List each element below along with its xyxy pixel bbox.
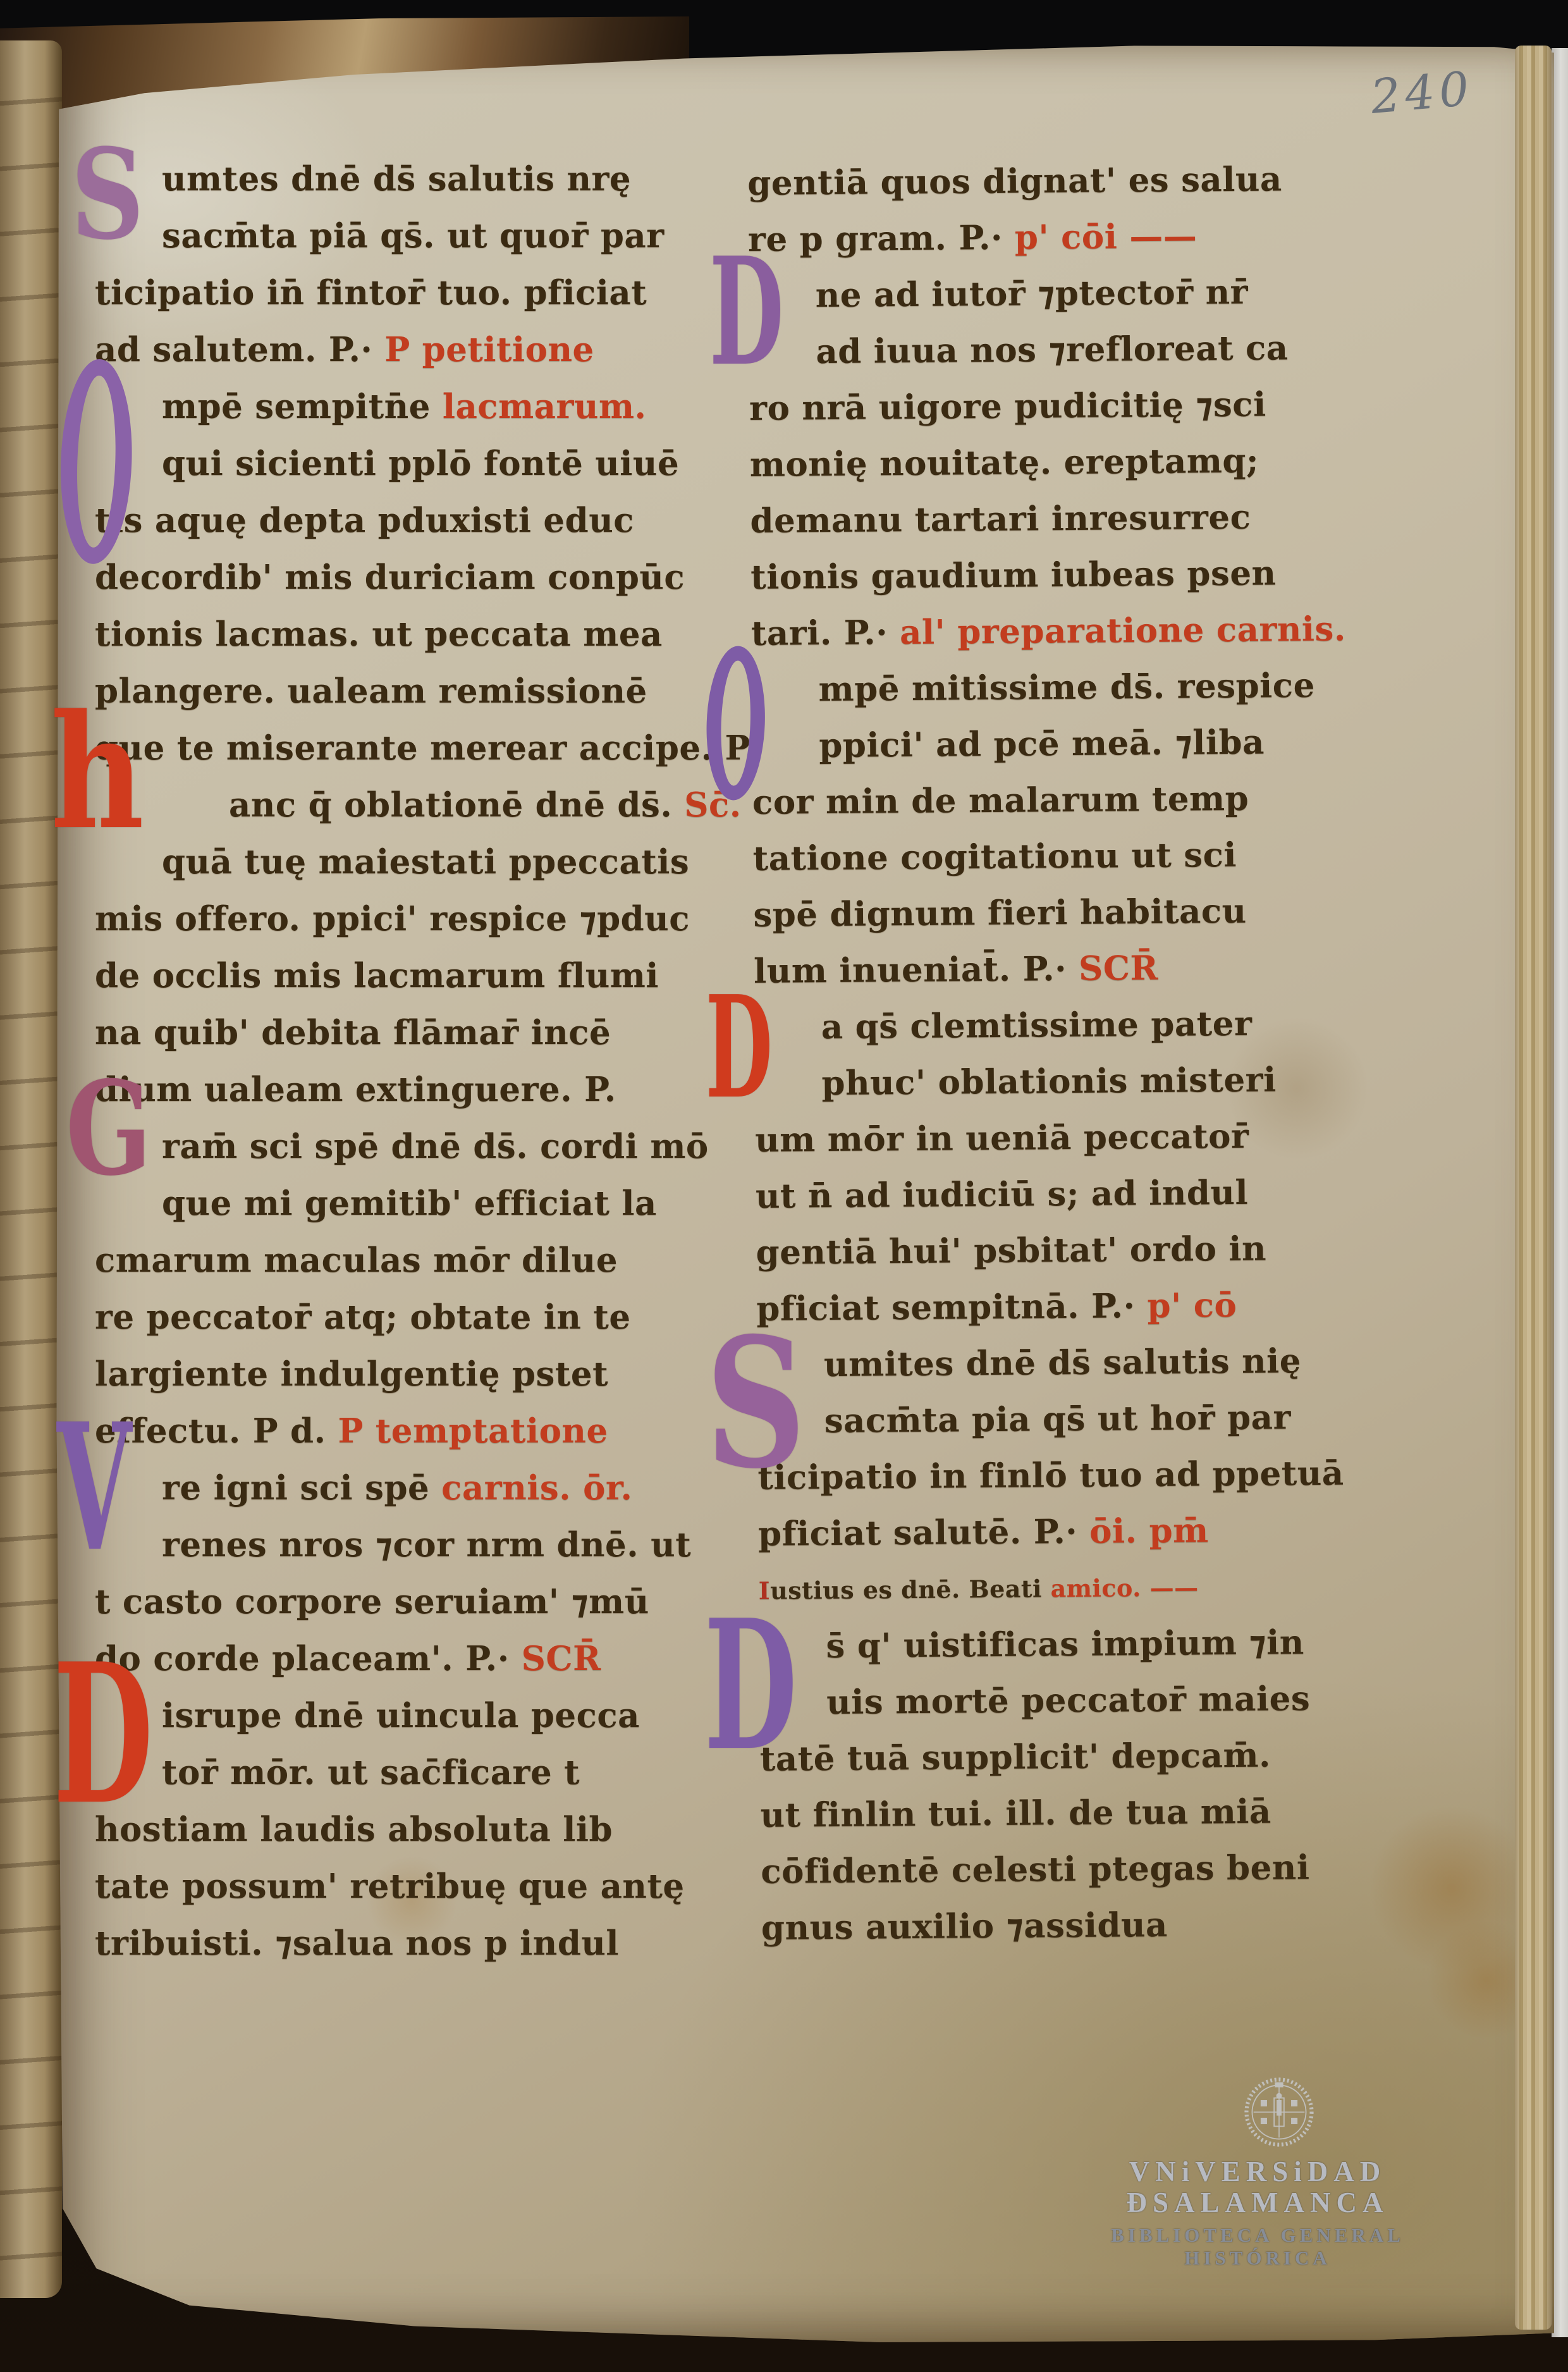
manuscript-line: effectu. P d. P temptatione bbox=[95, 1403, 750, 1459]
ink-text: ut n̄ ad iudiciū s; ad indul bbox=[756, 1173, 1249, 1216]
manuscript-line: gentiā hui' psbitat' ordo in bbox=[756, 1220, 1351, 1281]
ink-text: cōfidentē celesti ptegas beni bbox=[761, 1848, 1310, 1891]
ink-text: ut finlin tui. ill. de tua miā bbox=[760, 1792, 1271, 1835]
ink-text: spē dignum fieri habitacu bbox=[753, 892, 1247, 935]
ink-text: mpē sempitn̄e bbox=[162, 387, 443, 426]
ink-text: re peccator̄ atq; obtate in te bbox=[95, 1298, 631, 1337]
manuscript-line: gentiā quos dignat' es salua bbox=[747, 151, 1343, 212]
ink-text: gentiā hui' psbitat' ordo in bbox=[756, 1229, 1266, 1272]
manuscript-line: isrupe dnē uincula pecca bbox=[162, 1687, 750, 1744]
manuscript-line: mpē mitissime ds̄. respice bbox=[818, 658, 1347, 718]
ink-text: tor̄ mōr. ut sac̄ficare t bbox=[162, 1753, 580, 1792]
manuscript-line: mpē sempitn̄e lacmarum. bbox=[162, 378, 750, 435]
manuscript-line: tionis lacmas. ut peccata mea bbox=[95, 606, 750, 663]
ink-text: a qs̄ clemtissime pater bbox=[821, 1004, 1253, 1047]
manuscript-line: re peccator̄ atq; obtate in te bbox=[95, 1289, 750, 1346]
ink-text: sacm̄ta pia qs̄ ut hor̄ par bbox=[824, 1398, 1291, 1441]
manuscript-line: hostiam laudis absoluta lib bbox=[95, 1801, 750, 1858]
manuscript-line: Iustius es dnē. Beati amico. —— bbox=[758, 1558, 1354, 1619]
manuscript-line: ticipatio in finlō tuo ad ppetuā bbox=[757, 1446, 1353, 1506]
manuscript-line: monię nouitatę. ereptamq; bbox=[749, 433, 1345, 493]
rubric-text: SCR̄ bbox=[522, 1639, 601, 1678]
ink-text: dium ualeam extinguere. P. bbox=[95, 1070, 616, 1109]
university-seal-icon bbox=[1244, 2077, 1314, 2148]
watermark-line-3: BIBLIOTECA GENERAL HISTÓRICA bbox=[1034, 2224, 1481, 2270]
ink-text: anc q̄ oblationē dnē ds̄. bbox=[229, 785, 684, 825]
ink-text: umtes dnē ds̄ salutis nrę bbox=[162, 159, 631, 199]
ink-text: tis aquę depta pduxisti educ bbox=[95, 501, 634, 540]
rubric-text: lacmarum. bbox=[443, 387, 647, 426]
ink-text: tate possum' retribuę que antę bbox=[95, 1867, 685, 1906]
manuscript-line: umtes dnē ds̄ salutis nrę bbox=[162, 151, 750, 207]
ink-text: ro nrā uigore pudicitię ⁊sci bbox=[749, 385, 1266, 428]
manuscript-line: plangere. ualeam remissionē bbox=[95, 663, 750, 720]
ink-text: ram̄ sci spē dnē ds̄. cordi mō bbox=[162, 1127, 709, 1166]
manuscript-line: demanu tartari inresurrec bbox=[750, 489, 1345, 550]
manuscript-line: t casto corpore seruiam' ⁊mū bbox=[95, 1573, 750, 1630]
rubric-text: carnis. ōr. bbox=[441, 1468, 632, 1508]
ink-text: ustius es dnē. Beati bbox=[770, 1574, 1051, 1604]
ink-text: tatē tuā supplicit' depcam̄. bbox=[760, 1736, 1271, 1779]
manuscript-line: um mōr in ueniā peccator̄ bbox=[755, 1108, 1351, 1169]
ink-text: tatione cogitationu ut sci bbox=[752, 835, 1237, 878]
manuscript-line: ut n̄ ad iudiciū s; ad indul bbox=[756, 1164, 1351, 1225]
ink-text: lum inueniat̄. P.· bbox=[754, 949, 1079, 991]
manuscript-line: spē dignum fieri habitacu bbox=[753, 883, 1349, 943]
manuscript-line: tatē tuā supplicit' depcam̄. bbox=[760, 1727, 1356, 1788]
manuscript-line: anc q̄ oblationē dnē ds̄. Sc̄. bbox=[229, 777, 750, 833]
ink-text: isrupe dnē uincula pecca bbox=[162, 1696, 640, 1735]
ink-text: demanu tartari inresurrec bbox=[750, 498, 1251, 541]
manuscript-line: uis mortē peccator̄ maies bbox=[826, 1671, 1355, 1731]
manuscript-line: tari. P.· al' preparatione carnis. bbox=[751, 601, 1347, 662]
ink-text: renes nros ⁊cor nrm dnē. ut bbox=[162, 1525, 691, 1564]
ink-text: tari. P.· bbox=[751, 613, 900, 653]
illuminated-initial-h: h bbox=[51, 708, 144, 837]
manuscript-line: tis aquę depta pduxisti educ bbox=[95, 492, 750, 549]
ink-text: que te miserante merear accipe. P bbox=[95, 728, 750, 768]
manuscript-line: ro nrā uigore pudicitię ⁊sci bbox=[749, 376, 1345, 437]
folio-number: 240 bbox=[1369, 61, 1476, 125]
illuminated-initial-S: S bbox=[71, 144, 144, 246]
manuscript-line: cōfidentē celesti ptegas beni bbox=[761, 1840, 1356, 1900]
illuminated-initial-D: D bbox=[706, 990, 773, 1105]
manuscript-line: quā tuę maiestati ppeccatis bbox=[162, 833, 750, 890]
illuminated-initial-V: V bbox=[57, 1416, 132, 1559]
manuscript-line: gnus auxilio ⁊assidua bbox=[761, 1896, 1357, 1957]
manuscript-line: tate possum' retribuę que antę bbox=[95, 1858, 750, 1915]
ink-text: decordib' mis duriciam conpūc bbox=[95, 558, 685, 597]
manuscript-line: que mi gemitib' efficiat la bbox=[162, 1175, 750, 1232]
manuscript-line: ad iuua nos ⁊refloreat ca bbox=[816, 320, 1344, 381]
ink-text: na quib' debita flāmar̄ incē bbox=[95, 1013, 611, 1052]
manuscript-line: umites dnē ds̄ salutis nię bbox=[824, 1333, 1352, 1394]
manuscript-line: tatione cogitationu ut sci bbox=[752, 827, 1348, 887]
manuscript-line: lum inueniat̄. P.· SCR̄ bbox=[754, 939, 1349, 1000]
ink-text: plangere. ualeam remissionē bbox=[95, 672, 647, 711]
ink-text: tribuisti. ⁊salua nos p indul bbox=[95, 1924, 619, 1963]
page-fold-ridge bbox=[1515, 46, 1552, 2330]
rubric-text: al' preparatione carnis. bbox=[900, 610, 1346, 653]
manuscript-line: que te miserante merear accipe. P bbox=[95, 720, 750, 777]
rubric-text: p' cō bbox=[1147, 1286, 1237, 1325]
manuscript-line: largiente indulgentię pstet bbox=[95, 1346, 750, 1403]
ink-text: quā tuę maiestati ppeccatis bbox=[162, 842, 689, 882]
ink-text: cmarum maculas mōr dilue bbox=[95, 1241, 618, 1280]
manuscript-line: ticipatio in̄ fintor̄ tuo. pficiat bbox=[95, 264, 750, 321]
ink-text: um mōr in ueniā peccator̄ bbox=[755, 1117, 1249, 1160]
rubric-text: p' cōi —— bbox=[1015, 216, 1197, 257]
manuscript-line: ne ad iutor̄ ⁊ptector̄ nr̄ bbox=[815, 264, 1344, 324]
rubric-text: P temptatione bbox=[338, 1411, 608, 1451]
ink-text: cor min de malarum temp bbox=[752, 779, 1249, 822]
rubric-text: amico. —— bbox=[1050, 1573, 1198, 1602]
manuscript-line: tribuisti. ⁊salua nos p indul bbox=[95, 1915, 750, 1972]
ink-text: de occlis mis lacmarum flumi bbox=[95, 956, 659, 995]
manuscript-line: renes nros ⁊cor nrm dnē. ut bbox=[162, 1516, 750, 1573]
manuscript-line: dium ualeam extinguere. P. bbox=[95, 1061, 750, 1118]
text-column-right: gentiā quos dignat' es saluare p gram. P… bbox=[747, 151, 1356, 1957]
illuminated-initial-S: S bbox=[706, 1330, 806, 1477]
manuscript-line: do corde placeam'. P.· SCR̄ bbox=[95, 1630, 750, 1687]
ink-text: do corde placeam'. P.· bbox=[95, 1639, 522, 1678]
ink-text: gentiā quos dignat' es salua bbox=[747, 159, 1282, 203]
manuscript-line: ppici' ad pcē meā. ⁊liba bbox=[819, 714, 1347, 775]
manuscript-line: na quib' debita flāmar̄ incē bbox=[95, 1004, 750, 1061]
illuminated-initial-D: D bbox=[709, 252, 784, 373]
ink-text: hostiam laudis absoluta lib bbox=[95, 1810, 613, 1849]
watermark-line-1: VNiVERSiDAD bbox=[1034, 2156, 1481, 2187]
manuscript-line: ut finlin tui. ill. de tua miā bbox=[760, 1783, 1356, 1844]
manuscript-line: pficiat sempitnā. P.· p' cō bbox=[756, 1277, 1352, 1337]
manuscript-line: a qs̄ clemtissime pater bbox=[821, 995, 1349, 1056]
ink-text: ppici' ad pcē meā. ⁊liba bbox=[819, 723, 1265, 766]
manuscript-line: s̄ q' uistificas impium ⁊in bbox=[826, 1614, 1354, 1675]
rubric-text: P petitione bbox=[384, 330, 594, 369]
manuscript-line: phuc' oblationis misteri bbox=[821, 1052, 1350, 1112]
ink-text: sacm̄ta piā qs̄. ut quor̄ par bbox=[162, 216, 665, 255]
ink-text: uis mortē peccator̄ maies bbox=[826, 1679, 1310, 1722]
rubric-text: ōi. pm̄ bbox=[1089, 1511, 1209, 1551]
ink-text: gnus auxilio ⁊assidua bbox=[761, 1905, 1168, 1948]
manuscript-line: pficiat salutē. P.· ōi. pm̄ bbox=[758, 1502, 1354, 1563]
ink-text: pficiat salutē. P.· bbox=[758, 1512, 1090, 1554]
rubric-text: SCR̄ bbox=[1079, 949, 1158, 988]
ink-text: t casto corpore seruiam' ⁊mū bbox=[95, 1582, 649, 1621]
illuminated-initial-D: D bbox=[53, 1656, 153, 1813]
ink-text: umites dnē ds̄ salutis nię bbox=[824, 1341, 1301, 1384]
ink-text: mpē mitissime ds̄. respice bbox=[818, 666, 1315, 709]
ink-text: ticipatio in̄ fintor̄ tuo. pficiat bbox=[95, 273, 647, 312]
manuscript-line: re igni sci spē carnis. ōr. bbox=[162, 1459, 750, 1516]
ink-text: qui sicienti pplō fontē uiuē bbox=[162, 444, 679, 483]
manuscript-line: ram̄ sci spē dnē ds̄. cordi mō bbox=[162, 1118, 750, 1175]
illuminated-initial-D: D bbox=[704, 1613, 797, 1759]
ink-text: phuc' oblationis misteri bbox=[821, 1060, 1277, 1103]
manuscript-line: tionis gaudium iubeas psen bbox=[750, 545, 1346, 606]
library-watermark: VNiVERSiDAD ÐSALAMANCA BIBLIOTECA GENERA… bbox=[1034, 2077, 1481, 2270]
ink-text: tionis gaudium iubeas psen bbox=[750, 553, 1277, 597]
ink-text: ad iuua nos ⁊refloreat ca bbox=[816, 328, 1289, 371]
manuscript-line: re p gram. P.· p' cōi —— bbox=[748, 207, 1344, 268]
text-column-left: umtes dnē ds̄ salutis nręsacm̄ta piā qs̄… bbox=[95, 151, 750, 1972]
manuscript-line: sacm̄ta piā qs̄. ut quor̄ par bbox=[162, 207, 750, 264]
ink-text: largiente indulgentię pstet bbox=[95, 1355, 608, 1394]
manuscript-line: ad salutem. P.· P petitione bbox=[95, 321, 750, 378]
ink-text: ad salutem. P.· bbox=[95, 330, 384, 369]
ink-text: re igni sci spē bbox=[162, 1468, 441, 1508]
manuscript-line: cmarum maculas mōr dilue bbox=[95, 1232, 750, 1289]
ink-text: mis offero. ppici' respice ⁊pduc bbox=[95, 899, 690, 938]
manuscript-line: cor min de malarum temp bbox=[752, 770, 1348, 831]
manuscript-line: qui sicienti pplō fontē uiuē bbox=[162, 435, 750, 492]
ink-text: tionis lacmas. ut peccata mea bbox=[95, 615, 663, 654]
ink-text: re p gram. P.· bbox=[748, 218, 1015, 259]
manuscript-line: de occlis mis lacmarum flumi bbox=[95, 947, 750, 1004]
manuscript-line: decordib' mis duriciam conpūc bbox=[95, 549, 750, 606]
ink-text: ne ad iutor̄ ⁊ptector̄ nr̄ bbox=[815, 273, 1248, 315]
ink-text: que mi gemitib' efficiat la bbox=[162, 1184, 657, 1223]
manuscript-photo: 240 umtes dnē ds̄ salutis nręsacm̄ta piā… bbox=[0, 0, 1568, 2372]
illuminated-initial-G: G bbox=[66, 1076, 152, 1182]
watermark-line-2: ÐSALAMANCA bbox=[1034, 2187, 1481, 2218]
ink-text: pficiat sempitnā. P.· bbox=[756, 1286, 1148, 1329]
manuscript-line: mis offero. ppici' respice ⁊pduc bbox=[95, 890, 750, 947]
ink-text: monię nouitatę. ereptamq; bbox=[750, 441, 1259, 484]
ink-text: ticipatio in finlō tuo ad ppetuā bbox=[757, 1454, 1344, 1497]
ink-text: s̄ q' uistificas impium ⁊in bbox=[826, 1623, 1304, 1666]
manuscript-line: tor̄ mōr. ut sac̄ficare t bbox=[162, 1744, 750, 1801]
previous-page-edge bbox=[0, 40, 62, 2298]
manuscript-line: sacm̄ta pia qs̄ ut hor̄ par bbox=[824, 1389, 1352, 1450]
